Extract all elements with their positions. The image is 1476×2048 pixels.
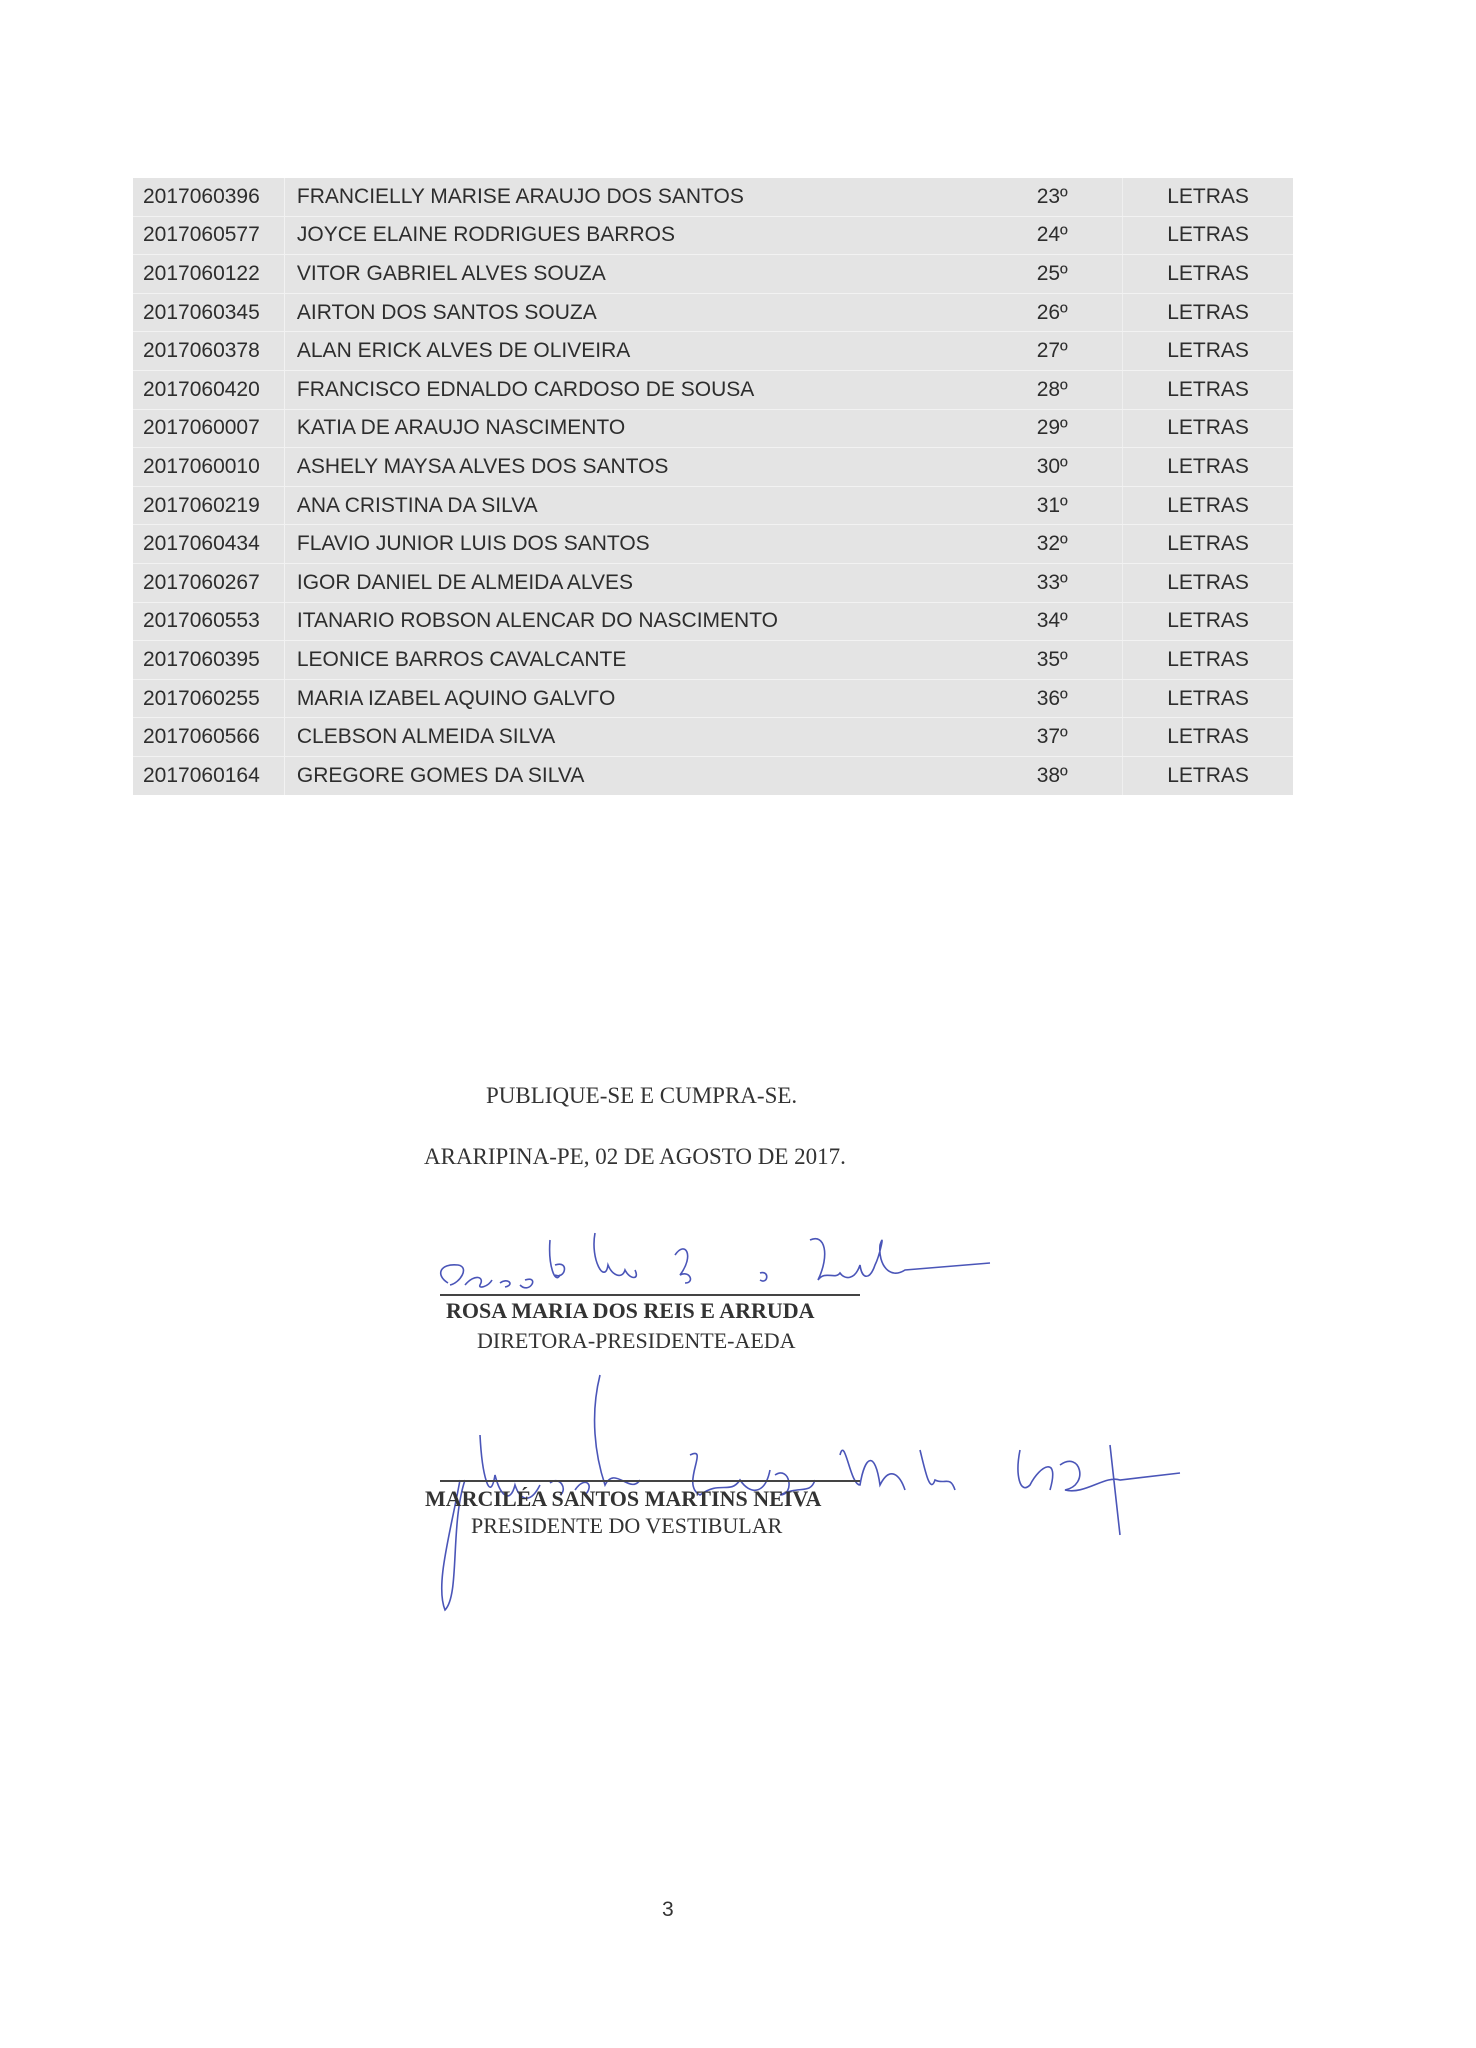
candidate-course: LETRAS [1122,525,1293,563]
candidate-id: 2017060267 [133,564,285,602]
signature-line-2 [440,1480,860,1482]
table-row: 2017060219ANA CRISTINA DA SILVA31ºLETRAS [133,487,1293,526]
candidate-name: GREGORE GOMES DA SILVA [285,757,982,795]
candidate-rank: 24º [982,223,1122,247]
candidate-rank: 34º [982,609,1122,633]
candidate-rank: 27º [982,339,1122,363]
candidate-rank: 37º [982,725,1122,749]
candidate-rank: 30º [982,455,1122,479]
candidate-name: ALAN ERICK ALVES DE OLIVEIRA [285,332,982,370]
candidate-name: AIRTON DOS SANTOS SOUZA [285,294,982,332]
table-row: 2017060420FRANCISCO EDNALDO CARDOSO DE S… [133,371,1293,410]
candidate-id: 2017060219 [133,487,285,525]
candidate-course: LETRAS [1122,603,1293,641]
candidate-id: 2017060255 [133,680,285,718]
candidate-name: KATIA DE ARAUJO NASCIMENTO [285,410,982,448]
candidate-name: IGOR DANIEL DE ALMEIDA ALVES [285,564,982,602]
candidate-course: LETRAS [1122,718,1293,756]
table-row: 2017060007KATIA DE ARAUJO NASCIMENTO29ºL… [133,410,1293,449]
candidate-rank: 28º [982,378,1122,402]
candidate-course: LETRAS [1122,641,1293,679]
candidate-name: ANA CRISTINA DA SILVA [285,487,982,525]
candidate-rank: 35º [982,648,1122,672]
table-row: 2017060345AIRTON DOS SANTOS SOUZA26ºLETR… [133,294,1293,333]
candidate-id: 2017060010 [133,448,285,486]
table-row: 2017060553ITANARIO ROBSON ALENCAR DO NAS… [133,603,1293,642]
candidate-course: LETRAS [1122,448,1293,486]
candidate-name: JOYCE ELAINE RODRIGUES BARROS [285,217,982,255]
candidate-id: 2017060395 [133,641,285,679]
candidate-id: 2017060553 [133,603,285,641]
candidate-name: FRANCIELLY MARISE ARAUJO DOS SANTOS [285,178,982,216]
candidate-name: CLEBSON ALMEIDA SILVA [285,718,982,756]
candidate-rank: 23º [982,185,1122,209]
candidate-id: 2017060345 [133,294,285,332]
signature-marcilea [420,1355,1240,1615]
page-number: 3 [662,1898,674,1922]
table-row: 2017060122VITOR GABRIEL ALVES SOUZA25ºLE… [133,255,1293,294]
table-row: 2017060434FLAVIO JUNIOR LUIS DOS SANTOS3… [133,525,1293,564]
candidate-rank: 26º [982,301,1122,325]
candidate-id: 2017060396 [133,178,285,216]
results-table: 2017060396FRANCIELLY MARISE ARAUJO DOS S… [133,178,1293,795]
candidate-course: LETRAS [1122,178,1293,216]
candidate-rank: 25º [982,262,1122,286]
candidate-course: LETRAS [1122,410,1293,448]
candidate-id: 2017060434 [133,525,285,563]
candidate-course: LETRAS [1122,757,1293,795]
candidate-id: 2017060122 [133,255,285,293]
candidate-course: LETRAS [1122,255,1293,293]
candidate-rank: 33º [982,571,1122,595]
publish-statement: PUBLIQUE-SE E CUMPRA-SE. [486,1083,797,1109]
signatory-name-2: MARCILÉA SANTOS MARTINS NEIVA [425,1486,821,1512]
candidate-rank: 36º [982,687,1122,711]
candidate-rank: 29º [982,416,1122,440]
table-row: 2017060010ASHELY MAYSA ALVES DOS SANTOS3… [133,448,1293,487]
candidate-rank: 32º [982,532,1122,556]
candidate-course: LETRAS [1122,487,1293,525]
candidate-id: 2017060566 [133,718,285,756]
candidate-name: FLAVIO JUNIOR LUIS DOS SANTOS [285,525,982,563]
candidate-course: LETRAS [1122,294,1293,332]
signatory-title-1: DIRETORA-PRESIDENTE-AEDA [477,1328,796,1354]
candidate-course: LETRAS [1122,564,1293,602]
place-date: ARARIPINA-PE, 02 DE AGOSTO DE 2017. [424,1144,846,1170]
table-row: 2017060577JOYCE ELAINE RODRIGUES BARROS2… [133,217,1293,256]
candidate-id: 2017060420 [133,371,285,409]
table-row: 2017060566CLEBSON ALMEIDA SILVA37ºLETRAS [133,718,1293,757]
candidate-course: LETRAS [1122,332,1293,370]
candidate-name: FRANCISCO EDNALDO CARDOSO DE SOUSA [285,371,982,409]
candidate-rank: 31º [982,494,1122,518]
signature-line-1 [440,1294,860,1296]
candidate-name: VITOR GABRIEL ALVES SOUZA [285,255,982,293]
table-row: 2017060164GREGORE GOMES DA SILVA38ºLETRA… [133,757,1293,795]
table-row: 2017060267IGOR DANIEL DE ALMEIDA ALVES33… [133,564,1293,603]
candidate-name: ITANARIO ROBSON ALENCAR DO NASCIMENTO [285,603,982,641]
signatory-name-1: ROSA MARIA DOS REIS E ARRUDA [446,1298,815,1324]
signatory-title-2: PRESIDENTE DO VESTIBULAR [471,1513,782,1539]
candidate-name: LEONICE BARROS CAVALCANTE [285,641,982,679]
candidate-id: 2017060577 [133,217,285,255]
candidate-rank: 38º [982,764,1122,788]
signature-rosa [430,1225,1000,1305]
candidate-course: LETRAS [1122,371,1293,409]
candidate-id: 2017060378 [133,332,285,370]
table-row: 2017060378ALAN ERICK ALVES DE OLIVEIRA27… [133,332,1293,371]
candidate-course: LETRAS [1122,680,1293,718]
candidate-id: 2017060007 [133,410,285,448]
candidate-name: ASHELY MAYSA ALVES DOS SANTOS [285,448,982,486]
candidate-id: 2017060164 [133,757,285,795]
table-row: 2017060255MARIA IZABEL AQUINO GALVΓO36ºL… [133,680,1293,719]
table-row: 2017060395LEONICE BARROS CAVALCANTE35ºLE… [133,641,1293,680]
candidate-name: MARIA IZABEL AQUINO GALVΓO [285,680,982,718]
candidate-course: LETRAS [1122,217,1293,255]
table-row: 2017060396FRANCIELLY MARISE ARAUJO DOS S… [133,178,1293,217]
